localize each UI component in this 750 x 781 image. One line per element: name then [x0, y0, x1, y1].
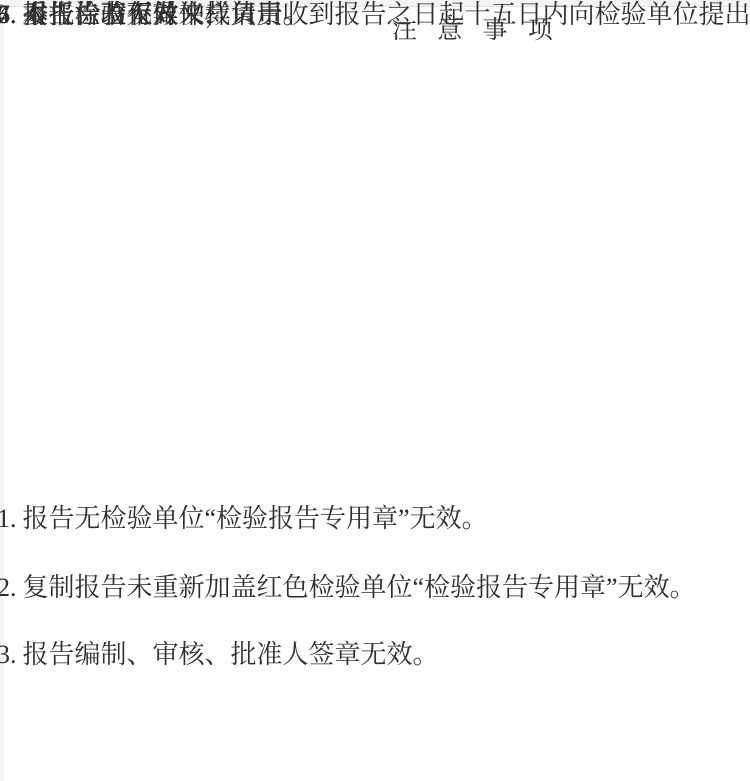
notice-item-text: 复制报告未重新加盖红色检验单位“检验报告专用章”无效。: [23, 573, 696, 602]
notice-item-1: 1.报告无检验单位“检验报告专用章”无效。: [0, 504, 488, 534]
notice-item-number: 7.: [0, 0, 17, 30]
notice-item-text: 报告无检验单位“检验报告专用章”无效。: [23, 504, 488, 533]
notice-item-text: 本报告书不做仲裁只用: [23, 0, 283, 29]
notice-item-3: 3.报告编制、审核、批准人签章无效。: [0, 640, 439, 670]
notice-item-number: 1.: [0, 504, 17, 534]
notice-item-number: 3.: [0, 640, 17, 670]
notice-item-text: 报告编制、审核、批准人签章无效。: [23, 640, 439, 669]
notice-item-7: 7.本报告书不做仲裁只用: [0, 0, 283, 30]
notice-item-number: 2.: [0, 573, 17, 603]
notice-item-2: 2.复制报告未重新加盖红色检验单位“检验报告专用章”无效。: [0, 573, 696, 603]
